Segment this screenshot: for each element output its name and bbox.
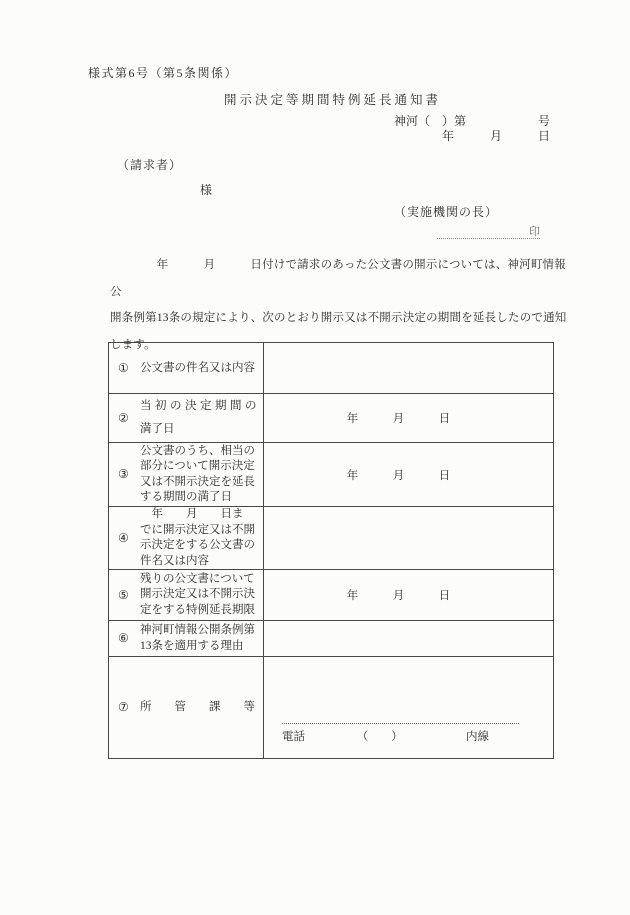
document-page: 様式第6号（第5条関係） 開示決定等期間特例延長通知書 神河（ ）第 号 年 月…	[0, 0, 630, 915]
signature-dotted-line: 印	[437, 222, 540, 239]
table-row: ④ 年 月 日ま でに開示決定又は不開 示決定をする公文書の 件名又は内容	[109, 507, 554, 570]
row-label: 公文書の件名又は内容	[140, 361, 263, 376]
table-row: ⑥ 神河町情報公開条例第 13条を適用する理由	[109, 621, 554, 657]
row-value: 年 月 日	[347, 587, 451, 603]
table-row: ⑦ 所 管 課 等 電話 （ ） 内線	[109, 657, 554, 759]
row-number: ①	[109, 361, 140, 376]
doc-number-line: 神河（ ）第 号	[394, 114, 550, 129]
page-title: 開示決定等期間特例延長通知書	[110, 90, 555, 108]
form-table: ① 公文書の件名又は内容 ② 当初の決定期間の 満了日 年 月 日 ③ 公文書の…	[108, 342, 554, 759]
row-label: 神河町情報公開条例第 13条を適用する理由	[140, 623, 263, 654]
row-value: 年 月 日	[347, 467, 451, 483]
row-number: ⑥	[109, 631, 140, 646]
requester-label: （請求者）	[117, 156, 182, 173]
doc-number-block: 神河（ ）第 号 年 月 日	[394, 114, 550, 144]
table-row: ③ 公文書のうち、相当の 部分について開示決定 又は不開示決定を延長 する期間の…	[109, 443, 554, 507]
honorific-label: 様	[200, 181, 212, 198]
row-value: 年 月 日	[347, 410, 451, 426]
seal-mark: 印	[529, 226, 540, 238]
phone-extension-line: 電話 （ ） 内線	[282, 723, 519, 744]
row-number: ⑦	[109, 700, 140, 715]
row-label: 年 月 日ま でに開示決定又は不開 示決定をする公文書の 件名又は内容	[140, 507, 263, 569]
table-row: ⑤ 残りの公文書について 開示決定又は不開示決 定をする特例延長期限 年 月 日	[109, 570, 554, 621]
table-row: ① 公文書の件名又は内容	[109, 343, 554, 394]
row-label: 当初の決定期間の 満了日	[140, 395, 263, 441]
form-number-label: 様式第6号（第5条関係）	[88, 64, 238, 81]
row-number: ③	[109, 467, 140, 482]
row-label: 所 管 課 等	[140, 700, 263, 716]
table-row: ② 当初の決定期間の 満了日 年 月 日	[109, 394, 554, 443]
row-label: 残りの公文書について 開示決定又は不開示決 定をする特例延長期限	[140, 572, 263, 619]
row-number: ⑤	[109, 588, 140, 603]
row-number: ②	[109, 411, 140, 426]
row-number: ④	[109, 531, 140, 546]
date-line: 年 月 日	[394, 129, 550, 144]
row-label: 公文書のうち、相当の 部分について開示決定 又は不開示決定を延長 する期間の満了…	[140, 444, 263, 506]
agency-head-label: （実施機関の長）	[394, 203, 498, 220]
